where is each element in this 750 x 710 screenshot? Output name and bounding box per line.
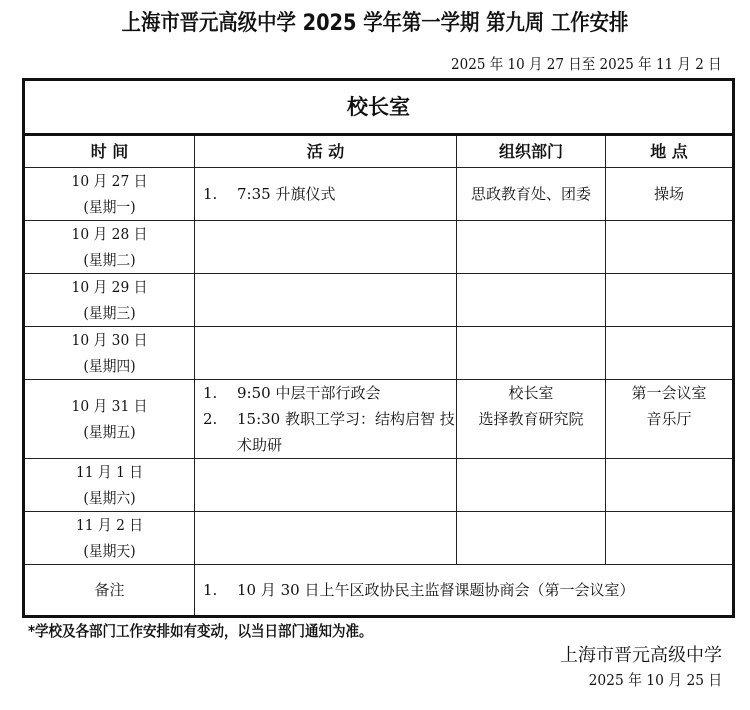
column-header-activity: 活 动 bbox=[195, 135, 457, 168]
item-text: 15:30 教职工学习：结构启智 技术助研 bbox=[237, 406, 456, 458]
department-cell bbox=[457, 221, 606, 274]
activity-cell bbox=[195, 221, 457, 274]
activity-item: 1.7:35 升旗仪式 bbox=[203, 181, 456, 207]
date-cell: 10 月 28 日(星期二) bbox=[24, 221, 195, 274]
department-cell bbox=[457, 459, 606, 512]
date-text: 10 月 31 日 bbox=[32, 393, 187, 419]
date-range: 2025 年 10 月 27 日至 2025 年 11 月 2 日 bbox=[451, 53, 722, 74]
date-cell: 10 月 31 日(星期五) bbox=[24, 380, 195, 459]
department-cell bbox=[457, 274, 606, 327]
location-text: 操场 bbox=[606, 181, 732, 207]
location-text: 第一会议室 bbox=[606, 380, 732, 406]
weekday-text: (星期六) bbox=[32, 485, 187, 511]
weekday-text: (星期四) bbox=[32, 353, 187, 379]
location-cell: 操场 bbox=[606, 168, 734, 221]
date-cell: 11 月 1 日(星期六) bbox=[24, 459, 195, 512]
table-row: 10 月 28 日(星期二) bbox=[24, 221, 734, 274]
item-number: 1. bbox=[203, 380, 237, 406]
date-text: 10 月 29 日 bbox=[32, 274, 187, 300]
weekday-text: (星期一) bbox=[32, 194, 187, 220]
item-text: 9:50 中层干部行政会 bbox=[237, 380, 456, 406]
location-cell bbox=[606, 327, 734, 380]
weekday-text: (星期二) bbox=[32, 247, 187, 273]
location-cell bbox=[606, 274, 734, 327]
item-text: 7:35 升旗仪式 bbox=[237, 181, 456, 207]
location-cell bbox=[606, 221, 734, 274]
table-row: 10 月 30 日(星期四) bbox=[24, 327, 734, 380]
date-text: 10 月 27 日 bbox=[32, 168, 187, 194]
weekday-text: (星期五) bbox=[32, 419, 187, 445]
date-text: 11 月 1 日 bbox=[32, 459, 187, 485]
department-cell: 校长室选择教育研究院 bbox=[457, 380, 606, 459]
column-header-time: 时 间 bbox=[24, 135, 195, 168]
table-row: 11 月 2 日(星期天) bbox=[24, 512, 734, 565]
activity-cell bbox=[195, 459, 457, 512]
activity-cell bbox=[195, 274, 457, 327]
item-number: 1. bbox=[203, 577, 237, 603]
table-row: 10 月 27 日(星期一) 1.7:35 升旗仪式 思政教育处、团委 操场 bbox=[24, 168, 734, 221]
item-text: 10 月 30 日上午区政协民主监督课题协商会（第一会议室） bbox=[237, 577, 732, 603]
date-text: 10 月 30 日 bbox=[32, 327, 187, 353]
date-text: 11 月 2 日 bbox=[32, 512, 187, 538]
weekday-text: (星期天) bbox=[32, 538, 187, 564]
office-title: 校长室 bbox=[24, 80, 734, 135]
date-cell: 10 月 30 日(星期四) bbox=[24, 327, 195, 380]
weekday-text: (星期三) bbox=[32, 300, 187, 326]
activity-cell: 1.7:35 升旗仪式 bbox=[195, 168, 457, 221]
department-cell bbox=[457, 512, 606, 565]
location-cell: 第一会议室音乐厅 bbox=[606, 380, 734, 459]
date-cell: 10 月 27 日(星期一) bbox=[24, 168, 195, 221]
activity-item: 1.9:50 中层干部行政会 bbox=[203, 380, 456, 406]
activity-cell: 1.9:50 中层干部行政会 2.15:30 教职工学习：结构启智 技术助研 bbox=[195, 380, 457, 459]
signature-school: 上海市晋元高级中学 bbox=[560, 641, 722, 667]
activity-cell bbox=[195, 512, 457, 565]
footnote: *学校及各部门工作安排如有变动，以当日部门通知为准。 bbox=[28, 620, 373, 641]
column-header-department: 组织部门 bbox=[457, 135, 606, 168]
table-row: 10 月 31 日(星期五) 1.9:50 中层干部行政会 2.15:30 教职… bbox=[24, 380, 734, 459]
header-row: 时 间 活 动 组织部门 地 点 bbox=[24, 135, 734, 168]
column-header-location: 地 点 bbox=[606, 135, 734, 168]
activity-item: 2.15:30 教职工学习：结构启智 技术助研 bbox=[203, 406, 456, 458]
department-cell: 思政教育处、团委 bbox=[457, 168, 606, 221]
document-title: 上海市晋元高级中学 2025 学年第一学期 第九周 工作安排 bbox=[45, 6, 705, 37]
activity-cell bbox=[195, 327, 457, 380]
remarks-label: 备注 bbox=[24, 565, 195, 617]
item-number: 2. bbox=[203, 406, 237, 458]
location-text: 音乐厅 bbox=[606, 406, 732, 432]
remark-item: 1.10 月 30 日上午区政协民主监督课题协商会（第一会议室） bbox=[203, 577, 732, 603]
department-cell bbox=[457, 327, 606, 380]
date-text: 10 月 28 日 bbox=[32, 221, 187, 247]
signature-date: 2025 年 10 月 25 日 bbox=[588, 669, 722, 690]
office-row: 校长室 bbox=[24, 80, 734, 135]
remarks-row: 备注 1.10 月 30 日上午区政协民主监督课题协商会（第一会议室） bbox=[24, 565, 734, 617]
table-row: 11 月 1 日(星期六) bbox=[24, 459, 734, 512]
item-number: 1. bbox=[203, 181, 237, 207]
date-cell: 11 月 2 日(星期天) bbox=[24, 512, 195, 565]
location-cell bbox=[606, 459, 734, 512]
date-cell: 10 月 29 日(星期三) bbox=[24, 274, 195, 327]
table-row: 10 月 29 日(星期三) bbox=[24, 274, 734, 327]
location-cell bbox=[606, 512, 734, 565]
department-text: 选择教育研究院 bbox=[457, 406, 605, 432]
department-text: 校长室 bbox=[457, 380, 605, 406]
department-text: 思政教育处、团委 bbox=[457, 181, 605, 207]
remarks-cell: 1.10 月 30 日上午区政协民主监督课题协商会（第一会议室） bbox=[195, 565, 734, 617]
schedule-table: 校长室 时 间 活 动 组织部门 地 点 10 月 27 日(星期一) 1.7:… bbox=[22, 78, 735, 618]
